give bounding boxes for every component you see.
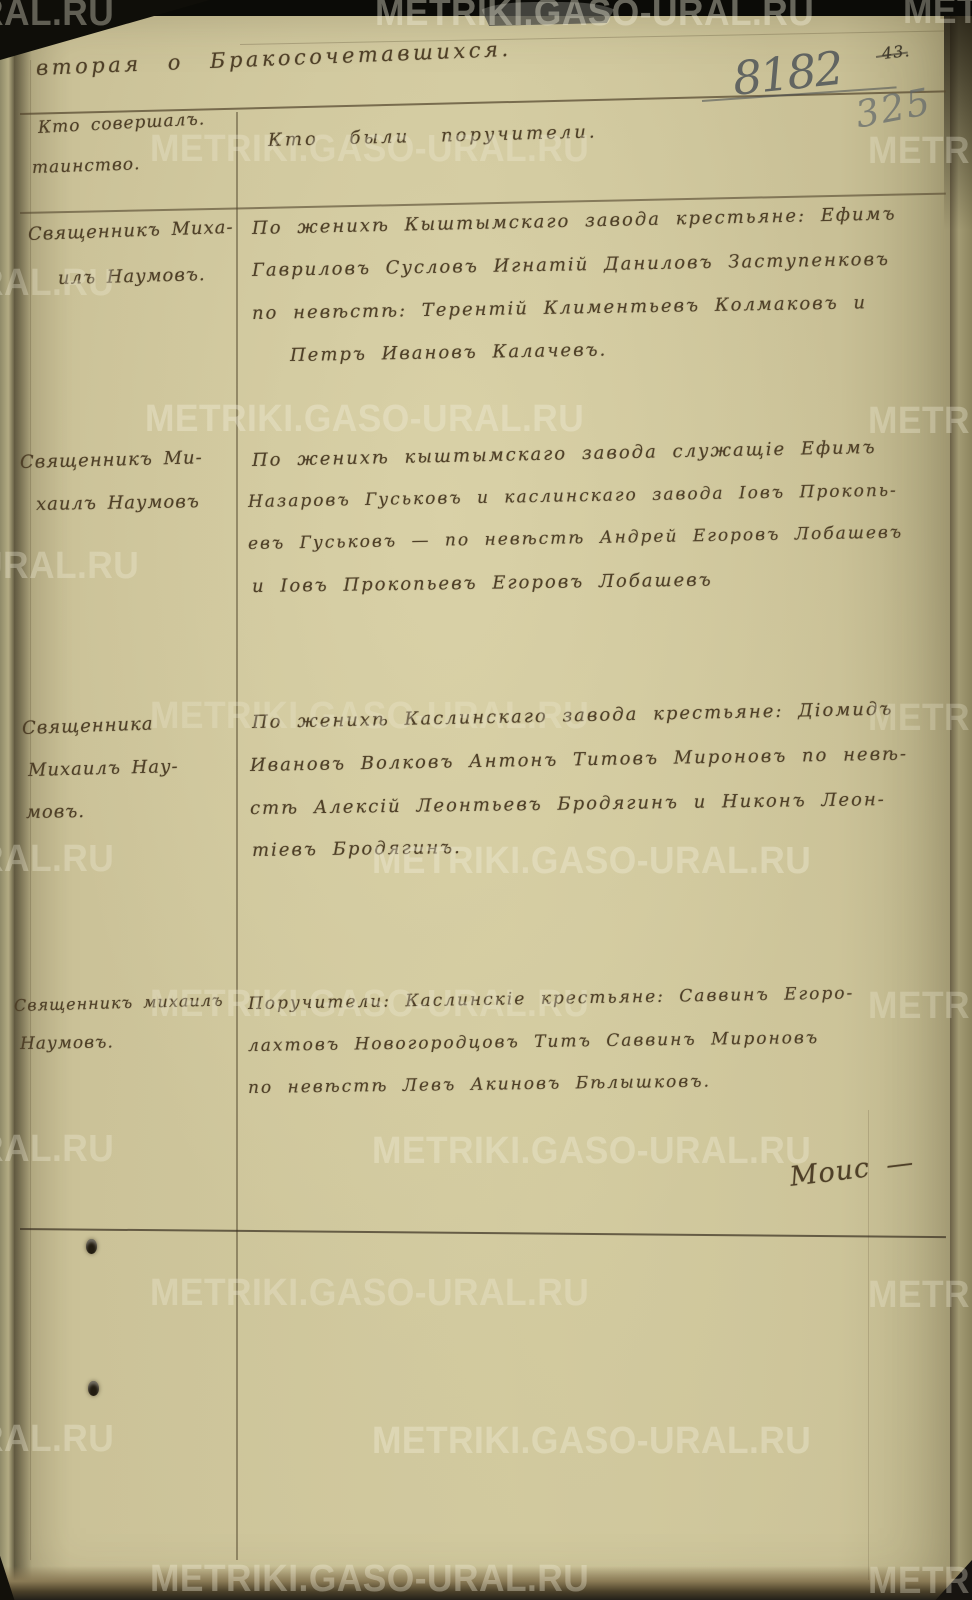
paper-hole bbox=[88, 1381, 99, 1396]
page-right-edge bbox=[950, 0, 972, 1600]
page-bottom-edge bbox=[0, 1566, 972, 1600]
adjacent-page-sliver bbox=[0, 0, 14, 1600]
column-divider-line bbox=[236, 112, 238, 1560]
scanned-metrical-book-photo: вторая о Бракосочетавшихся. 43. 8182 325… bbox=[0, 0, 972, 1600]
entry-3-priest-line: мовъ. bbox=[26, 801, 85, 823]
paper-hole bbox=[86, 1239, 97, 1254]
entry-4-priest-line: Наумовъ. bbox=[20, 1032, 114, 1054]
entry-3-witness-line: тіевъ Бродягинъ. bbox=[252, 837, 462, 861]
header-col1-line2: таинство. bbox=[32, 154, 141, 178]
entry-2-priest-line: хаилъ Наумовъ bbox=[36, 491, 200, 515]
entry-3-priest-line: Михаилъ Нау- bbox=[28, 756, 179, 781]
entry-1-priest-line: илъ Наумовъ. bbox=[58, 264, 206, 289]
right-edge-shadow bbox=[944, 0, 972, 230]
